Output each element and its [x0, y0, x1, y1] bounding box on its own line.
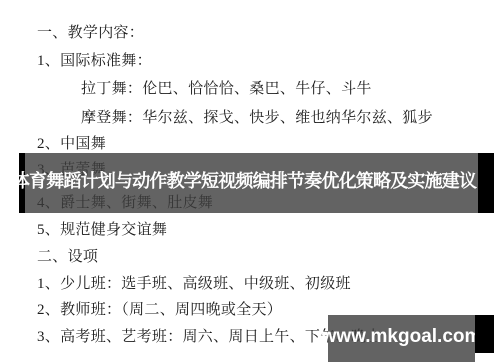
site-watermark-badge: www.mkgoal.com	[328, 315, 475, 362]
document-page: 一、教学内容： 1、国际标准舞： 拉丁舞：伦巴、恰恰恰、桑巴、牛仔、斗牛 摩登舞…	[0, 0, 500, 362]
doc-line-section-teaching-content: 一、教学内容：	[37, 25, 144, 42]
doc-line-children-class: 1、少儿班：选手班、高级班、中级班、初级班	[37, 276, 351, 293]
site-watermark-url: www.mkgoal.com	[322, 326, 482, 352]
doc-line-chinese-dance: 2、中国舞	[37, 136, 106, 153]
doc-line-intl-standard-dance: 1、国际标准舞：	[37, 53, 152, 70]
doc-line-modern-dance: 摩登舞：华尔兹、探戈、快步、维也纳华尔兹、狐步	[81, 110, 433, 127]
site-watermark-black-endcap	[475, 315, 494, 353]
doc-line-fitness-social-dance: 5、规范健身交谊舞	[37, 222, 167, 239]
watermark-banner-title: 体育舞蹈计划与动作教学短视频编排节奏优化策略及实施建议	[0, 170, 488, 192]
doc-line-section-programs: 二、设项	[37, 249, 98, 266]
doc-line-teacher-class: 2、教师班：（周二、周四晚或全天）	[37, 302, 282, 319]
doc-line-latin-dance: 拉丁舞：伦巴、恰恰恰、桑巴、牛仔、斗牛	[81, 81, 372, 98]
